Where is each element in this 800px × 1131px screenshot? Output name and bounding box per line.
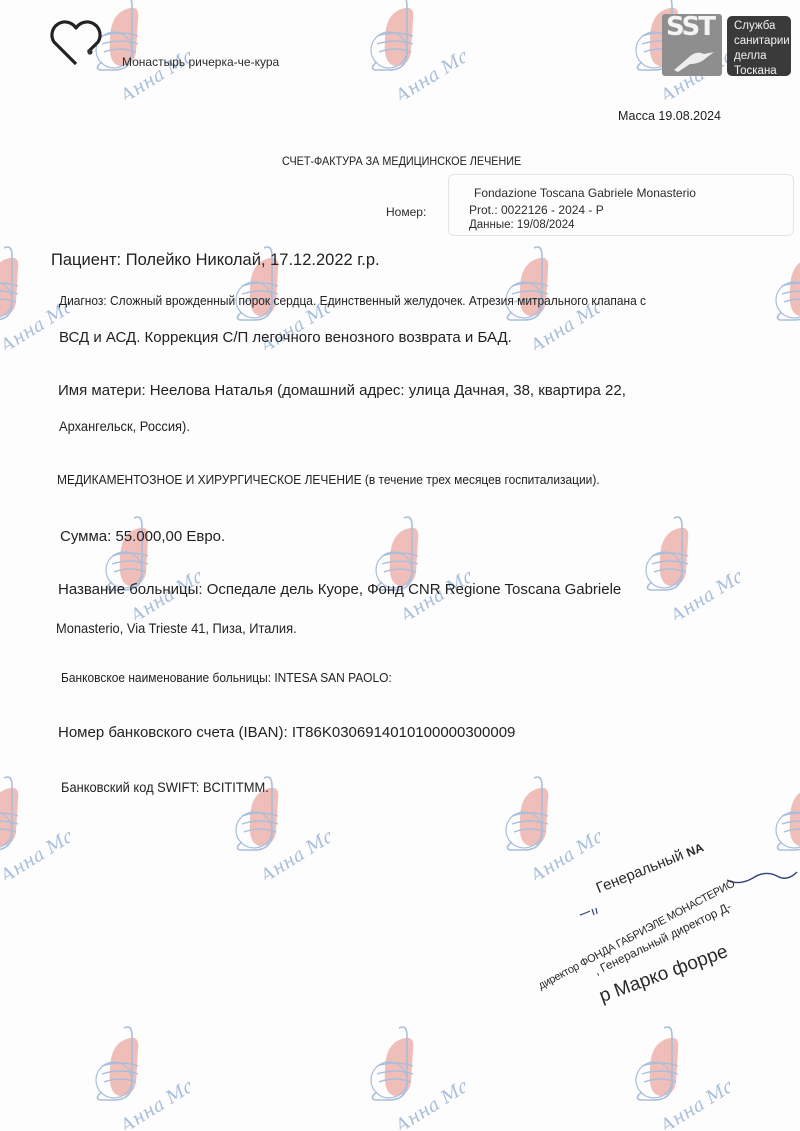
charity-watermark-icon: Анна Мария <box>760 770 800 880</box>
charity-watermark-icon: Анна Мария <box>0 770 70 880</box>
sst-logo: SST <box>662 14 722 76</box>
iban: Номер банковского счета (IBAN): IT86K030… <box>58 724 515 741</box>
signature-stroke <box>725 866 800 886</box>
charity-watermark-icon: Анна Мария <box>80 1020 190 1130</box>
svg-text:Анна Мария: Анна Мария <box>655 1057 730 1130</box>
hospital-name-line-1: Название больницы: Оспедале дель Куоре, … <box>58 581 621 598</box>
place-date: Масса 19.08.2024 <box>618 109 721 123</box>
charity-watermark-icon: Анна Мария <box>490 770 600 880</box>
treatment-description: МЕДИКАМЕНТОЗНОЕ И ХИРУРГИЧЕСКОЕ ЛЕЧЕНИЕ … <box>57 472 600 487</box>
sst-logo-text: SST <box>666 14 714 42</box>
diagnosis-line-2: ВСД и АСД. Коррекция С/П легочного веноз… <box>59 329 512 346</box>
mother-info-line-2: Архангельск, Россия). <box>59 418 190 434</box>
amount: Сумма: 55.000,00 Евро. <box>60 528 225 545</box>
swift-code: Банковский код SWIFT: BCITITMM. <box>61 779 269 795</box>
mother-info-line-1: Имя матери: Неелова Наталья (домашний ад… <box>58 382 626 399</box>
svg-text:Анна Мария: Анна Мария <box>115 1057 190 1130</box>
organization-name: Монастырь ричерка-че-кура <box>122 55 279 69</box>
charity-watermark-icon: Анна Мария <box>760 240 800 350</box>
bank-name: Банковское наименование больницы: INTESA… <box>61 670 392 685</box>
reference-label: Номер: <box>386 205 426 219</box>
svg-text:Анна Мария: Анна Мария <box>0 807 70 880</box>
diagnosis-line-1: Диагноз: Сложный врожденный порок сердца… <box>59 293 646 308</box>
svg-text:Анна Мария: Анна Мария <box>525 277 600 350</box>
svg-text:Анна Мария: Анна Мария <box>390 27 465 100</box>
svg-text:Анна Мария: Анна Мария <box>665 547 740 620</box>
document-title: СЧЕТ-ФАКТУРА ЗА МЕДИЦИНСКОЕ ЛЕЧЕНИЕ <box>282 154 521 168</box>
charity-watermark-icon: Анна Мария <box>360 510 470 620</box>
signature-mark <box>578 905 600 919</box>
svg-text:Анна Мария: Анна Мария <box>525 807 600 880</box>
reference-protocol: Prot.: 0022126 - 2024 - P <box>469 203 604 217</box>
charity-watermark-icon: Анна Мария <box>355 0 465 100</box>
patient-info: Пациент: Полейко Николай, 17.12.2022 г.р… <box>51 251 380 270</box>
charity-watermark-icon: Анна Мария <box>620 1020 730 1130</box>
stamp-line-1: Генеральный NA <box>594 838 706 897</box>
charity-watermark-icon: Анна Мария <box>355 1020 465 1130</box>
svg-text:Анна Мария: Анна Мария <box>795 277 800 350</box>
charity-watermark-icon: Анна Мария <box>90 510 200 620</box>
svg-text:Анна Мария: Анна Мария <box>255 807 330 880</box>
sst-label: Служба санитарии делла Тоскана <box>727 16 791 76</box>
reference-date: Данные: 19/08/2024 <box>469 219 575 231</box>
heart-logo-icon <box>46 18 106 70</box>
bird-icon <box>670 42 716 74</box>
charity-watermark-icon: Анна Мария <box>630 510 740 620</box>
hospital-name-line-2: Monasterio, Via Trieste 41, Пиза, Италия… <box>56 620 297 636</box>
svg-text:Анна Мария: Анна Мария <box>390 1057 465 1130</box>
reference-foundation: Fondazione Toscana Gabriele Monasterio <box>474 186 696 200</box>
